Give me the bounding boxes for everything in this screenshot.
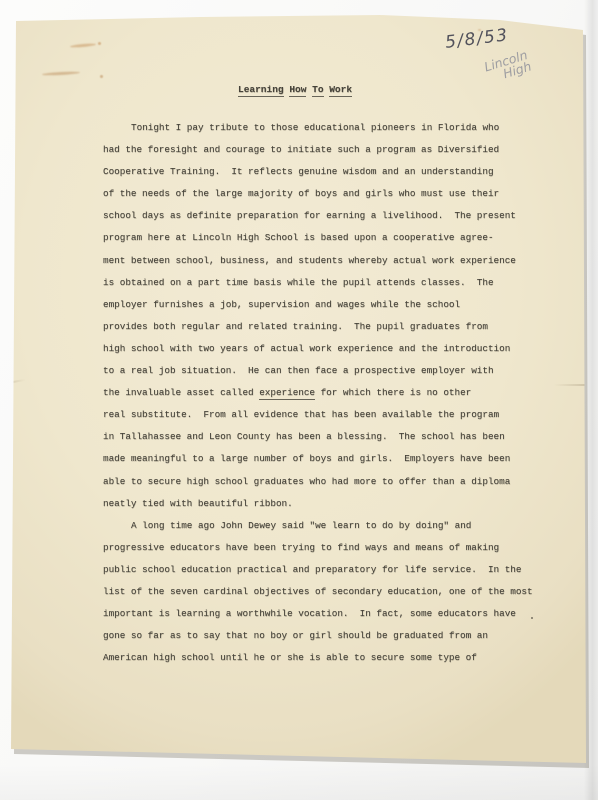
typed-text: Tonight I pay tribute to those education… bbox=[131, 122, 499, 133]
typed-text: real substitute. From all evidence that … bbox=[103, 409, 499, 420]
typed-text: program here at Lincoln High School is b… bbox=[103, 232, 494, 243]
crease-mark bbox=[0, 379, 26, 385]
typed-line: the invaluable asset called experience f… bbox=[103, 382, 553, 404]
typed-line: gone so far as to say that no boy or gir… bbox=[103, 625, 553, 647]
typed-text: the invaluable asset called bbox=[103, 387, 259, 398]
typed-line: A long time ago John Dewey said "we lear… bbox=[103, 515, 553, 537]
handwritten-date: 5/8/53 bbox=[444, 25, 510, 53]
typed-line: list of the seven cardinal objectives of… bbox=[103, 581, 553, 603]
typed-text: school days as definite preparation for … bbox=[103, 210, 516, 221]
typed-text: public school education practical and pr… bbox=[103, 564, 521, 575]
typed-text: Cooperative Training. It reflects genuin… bbox=[103, 166, 494, 177]
typed-line: important is learning a worthwhile vocat… bbox=[103, 603, 553, 625]
document-body: Tonight I pay tribute to those education… bbox=[103, 117, 553, 669]
rust-stain bbox=[434, 8, 439, 11]
typed-line: progressive educators have been trying t… bbox=[103, 537, 553, 559]
typed-line: American high school until he or she is … bbox=[103, 647, 553, 669]
typed-text: American high school until he or she is … bbox=[103, 652, 477, 663]
typed-line: Cooperative Training. It reflects genuin… bbox=[103, 161, 553, 183]
typed-line: high school with two years of actual wor… bbox=[103, 338, 553, 360]
typed-text: list of the seven cardinal objectives of… bbox=[103, 586, 533, 597]
typed-line: employer furnishes a job, supervision an… bbox=[103, 294, 553, 316]
typed-text: for which there is no other bbox=[315, 387, 471, 398]
typed-line: is obtained on a part time basis while t… bbox=[103, 272, 553, 294]
typed-text: of the needs of the large majority of bo… bbox=[103, 188, 499, 199]
typed-text: is obtained on a part time basis while t… bbox=[103, 277, 494, 288]
crease-mark bbox=[554, 384, 586, 386]
underlined-text: experience bbox=[259, 387, 315, 400]
title-word: To bbox=[312, 84, 323, 97]
typed-line: in Tallahassee and Leon County has been … bbox=[103, 426, 553, 448]
typed-line: ment between school, business, and stude… bbox=[103, 250, 553, 272]
document-page: 5/8/53 LincolnHigh Learning How To Work … bbox=[0, 0, 598, 800]
typed-text: gone so far as to say that no boy or gir… bbox=[103, 630, 488, 641]
scan-background-shading bbox=[0, 764, 598, 800]
typed-text: made meaningful to a large number of boy… bbox=[103, 453, 510, 464]
typed-text: to a real job situation. He can then fac… bbox=[103, 365, 494, 376]
typed-text: high school with two years of actual wor… bbox=[103, 343, 510, 354]
rust-stain bbox=[100, 75, 103, 78]
title-word: Learning bbox=[238, 84, 284, 97]
typed-text: progressive educators have been trying t… bbox=[103, 542, 499, 553]
typed-line: of the needs of the large majority of bo… bbox=[103, 183, 553, 205]
rust-stain bbox=[42, 71, 80, 76]
typed-line: had the foresight and courage to initiat… bbox=[103, 139, 553, 161]
typed-line: real substitute. From all evidence that … bbox=[103, 404, 553, 426]
title-word: Work bbox=[329, 84, 352, 97]
typed-line: neatly tied with beautiful ribbon. bbox=[103, 493, 553, 515]
typed-text: employer furnishes a job, supervision an… bbox=[103, 299, 460, 310]
handwritten-school-name: LincolnHigh bbox=[483, 49, 533, 85]
typed-line: program here at Lincoln High School is b… bbox=[103, 227, 553, 249]
typed-text: had the foresight and courage to initiat… bbox=[103, 144, 499, 155]
typed-line: Tonight I pay tribute to those education… bbox=[103, 117, 553, 139]
typed-line: made meaningful to a large number of boy… bbox=[103, 448, 553, 470]
document-title: Learning How To Work bbox=[238, 84, 352, 95]
typed-line: public school education practical and pr… bbox=[103, 559, 553, 581]
typed-line: able to secure high school graduates who… bbox=[103, 471, 553, 493]
typed-text: in Tallahassee and Leon County has been … bbox=[103, 431, 505, 442]
typed-line: provides both regular and related traini… bbox=[103, 316, 553, 338]
typed-text: provides both regular and related traini… bbox=[103, 321, 488, 332]
rust-stain bbox=[70, 43, 96, 48]
rust-stain bbox=[98, 42, 101, 45]
typed-line: to a real job situation. He can then fac… bbox=[103, 360, 553, 382]
typed-line: school days as definite preparation for … bbox=[103, 205, 553, 227]
title-word: How bbox=[289, 84, 306, 97]
typed-text: A long time ago John Dewey said "we lear… bbox=[131, 520, 471, 531]
typed-text: important is learning a worthwhile vocat… bbox=[103, 608, 516, 619]
typed-text: neatly tied with beautiful ribbon. bbox=[103, 498, 293, 509]
typed-text: ment between school, business, and stude… bbox=[103, 255, 516, 266]
typed-text: able to secure high school graduates who… bbox=[103, 476, 510, 487]
scanned-document-view: 5/8/53 LincolnHigh Learning How To Work … bbox=[0, 0, 598, 800]
